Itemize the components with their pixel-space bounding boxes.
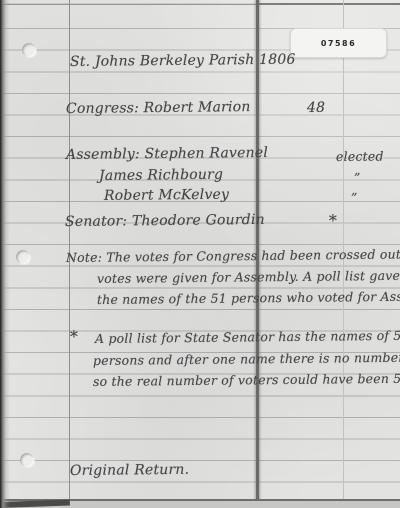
- closing-line: Original Return.: [70, 462, 189, 479]
- page-title: St. Johns Berkeley Parish 1806: [70, 52, 296, 70]
- stamp-number: 07586: [321, 39, 356, 48]
- assembly-member-3-ditto: ”: [351, 190, 358, 205]
- note-line-3: the names of the 51 persons who voted fo…: [97, 288, 400, 307]
- scan-left-edge-shadow: [0, 0, 10, 508]
- assembly-member-3: Robert McKelvey: [104, 187, 229, 204]
- footnote-asterisk: *: [70, 327, 78, 346]
- senator-asterisk: *: [329, 211, 337, 230]
- assembly-status: elected: [336, 149, 384, 164]
- assembly-entry: Assembly: Stephen Ravenel: [66, 145, 268, 163]
- footnote-line-2: persons and after one name there is no n…: [93, 350, 400, 368]
- paper-top-edge-shadow: [258, 3, 400, 5]
- footnote-line-3: so the real number of voters could have …: [93, 371, 400, 389]
- congress-vote-count: 48: [307, 100, 325, 116]
- assembly-member-2: James Richbourg: [99, 167, 223, 184]
- scanned-document-page: 07586 St. Johns Berkeley Parish 1806 Con…: [0, 0, 400, 508]
- congress-entry: Congress: Robert Marion: [66, 99, 251, 117]
- punch-hole-bottom: [20, 453, 34, 467]
- note-line-2: votes were given for Assembly. A poll li…: [97, 268, 400, 286]
- assembly-member-2-ditto: ”: [354, 170, 361, 185]
- stamp-label: 07586: [290, 28, 387, 58]
- senator-entry: Senator: Theodore Gourdin: [65, 212, 265, 230]
- punch-hole-top: [22, 43, 36, 57]
- footnote-line-1: A poll list for State Senator has the na…: [95, 328, 400, 346]
- punch-hole-middle: [16, 250, 30, 264]
